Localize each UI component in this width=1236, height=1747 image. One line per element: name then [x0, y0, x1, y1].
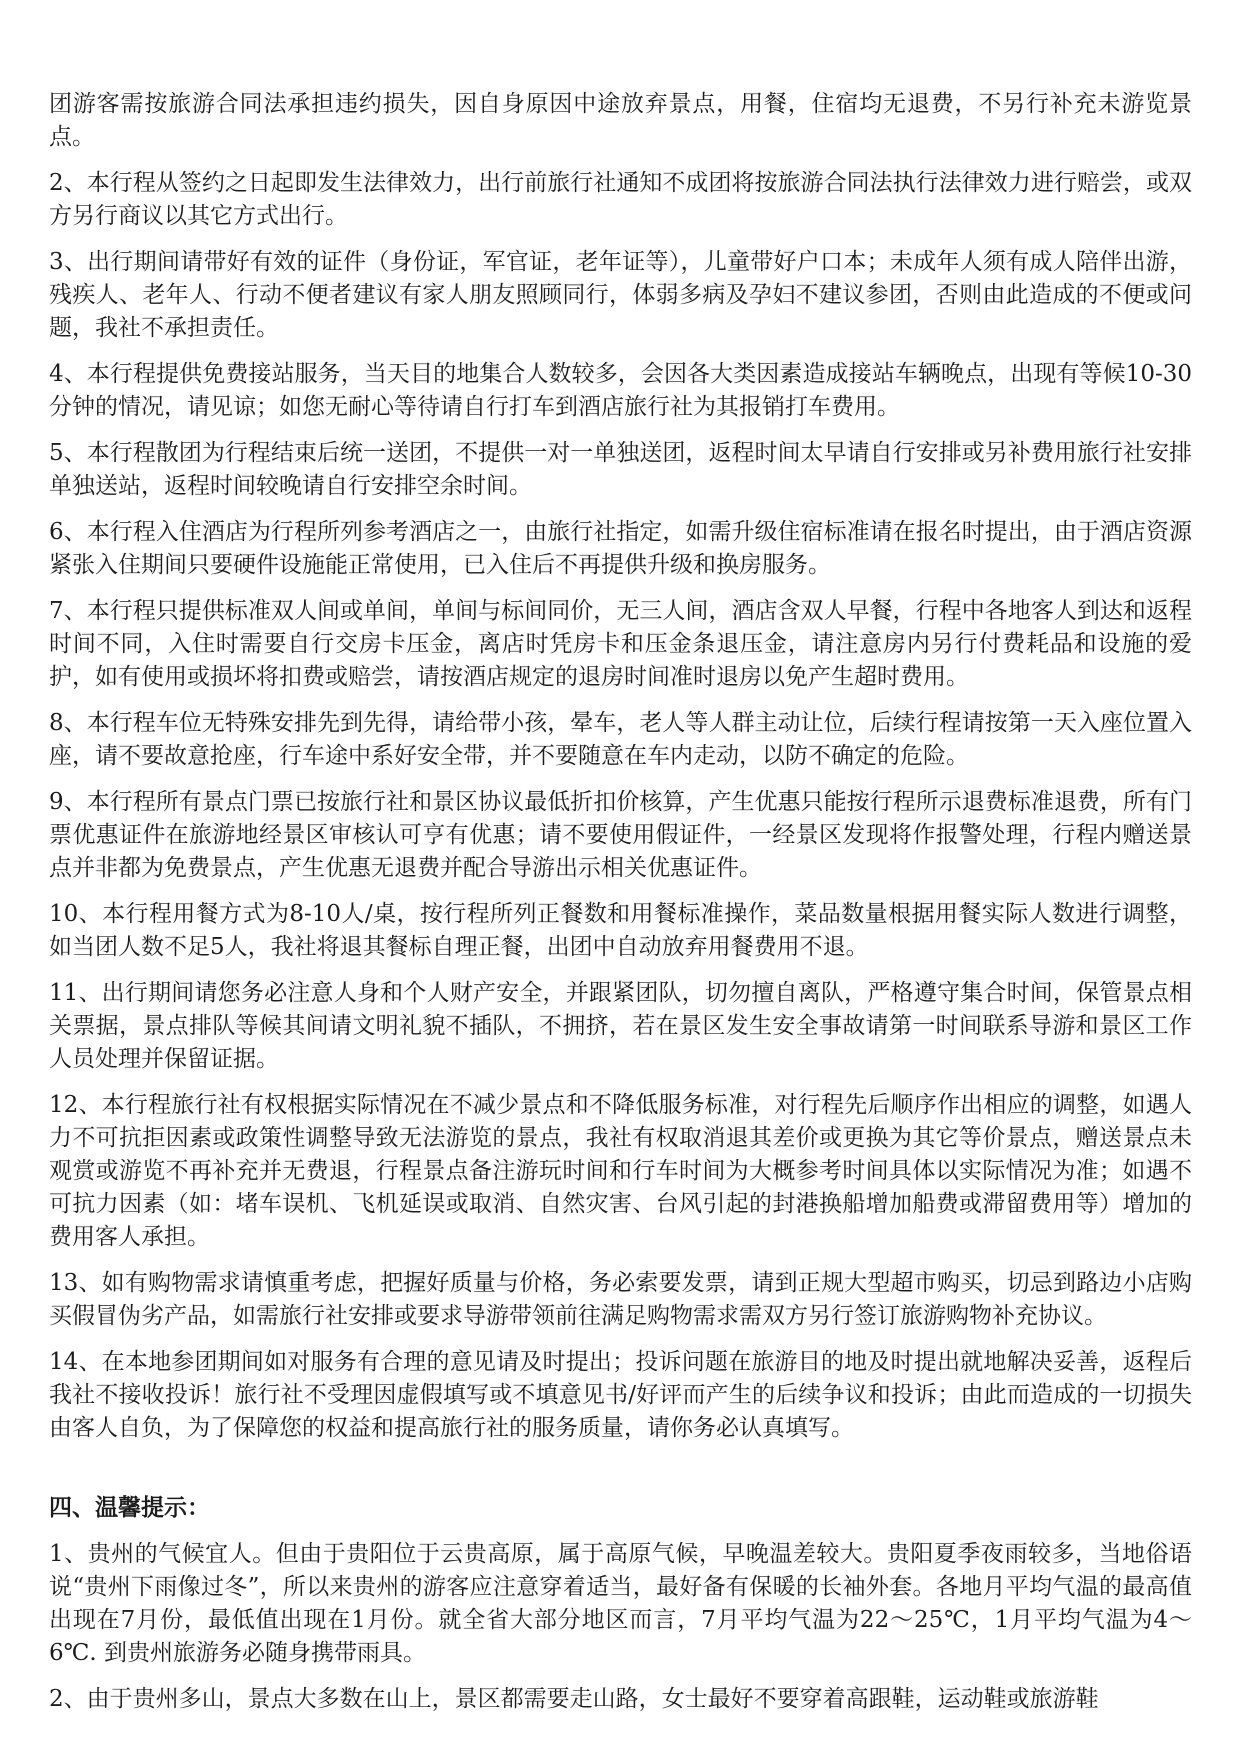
clause-4: 4、本行程提供免费接站服务，当天目的地集合人数较多，会因各大类因素造成接站车辆晚…	[49, 358, 1192, 424]
clause-10: 10、本行程用餐方式为8-10人/桌，按行程所列正餐数和用餐标准操作，菜品数量根…	[49, 898, 1192, 964]
clause-14: 14、在本地参团期间如对服务有合理的意见请及时提出；投诉问题在旅游目的地及时提出…	[49, 1346, 1192, 1445]
clause-11: 11、出行期间请您务必注意人身和个人财产安全，并跟紧团队，切勿擅自离队，严格遵守…	[49, 977, 1192, 1076]
clause-7: 7、本行程只提供标准双人间或单间，单间与标间同价，无三人间，酒店含双人早餐，行程…	[49, 595, 1192, 694]
clause-3: 3、出行期间请带好有效的证件（身份证，军官证，老年证等），儿童带好户口本；未成年…	[49, 246, 1192, 345]
tip-1: 1、贵州的气候宜人。但由于贵阳位于云贵高原，属于高原气候，早晚温差较大。贵阳夏季…	[49, 1538, 1192, 1670]
clause-6: 6、本行程入住酒店为行程所列参考酒店之一，由旅行社指定，如需升级住宿标准请在报名…	[49, 516, 1192, 582]
tips-section-heading: 四、温馨提示：	[49, 1491, 1192, 1524]
clause-13: 13、如有购物需求请慎重考虑，把握好质量与价格，务必索要发票，请到正规大型超市购…	[49, 1267, 1192, 1333]
document-content: 团游客需按旅游合同法承担违约损失，因自身原因中途放弃景点，用餐，住宿均无退费，不…	[49, 88, 1192, 1716]
clause-12: 12、本行程旅行社有权根据实际情况在不减少景点和不降低服务标准，对行程先后顺序作…	[49, 1089, 1192, 1254]
tip-2: 2、由于贵州多山，景点大多数在山上，景区都需要走山路，女士最好不要穿着高跟鞋，运…	[49, 1683, 1192, 1716]
clause-5: 5、本行程散团为行程结束后统一送团，不提供一对一单独送团，返程时间太早请自行安排…	[49, 437, 1192, 503]
document-page: 团游客需按旅游合同法承担违约损失，因自身原因中途放弃景点，用餐，住宿均无退费，不…	[0, 0, 1236, 1747]
clause-2: 2、本行程从签约之日起即发生法律效力，出行前旅行社通知不成团将按旅游合同法执行法…	[49, 167, 1192, 233]
clause-9: 9、本行程所有景点门票已按旅行社和景区协议最低折扣价核算，产生优惠只能按行程所示…	[49, 786, 1192, 885]
clause-8: 8、本行程车位无特殊安排先到先得，请给带小孩，晕车，老人等人群主动让位，后续行程…	[49, 707, 1192, 773]
clause-1-continued: 团游客需按旅游合同法承担违约损失，因自身原因中途放弃景点，用餐，住宿均无退费，不…	[49, 88, 1192, 154]
